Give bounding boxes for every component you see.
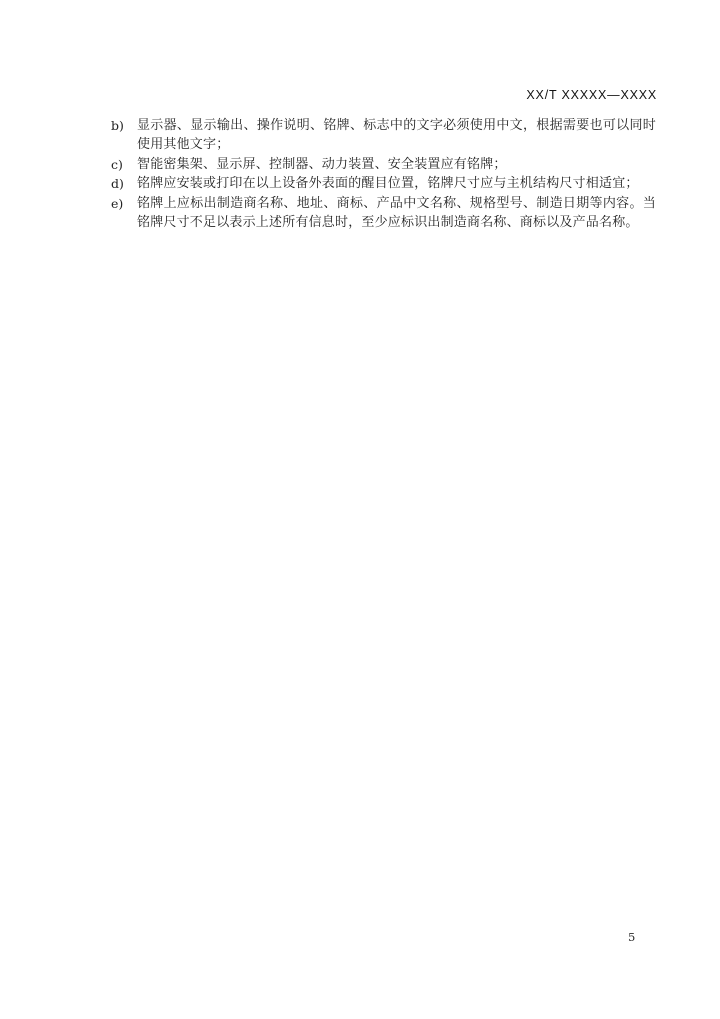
list-item-text: 铭牌应安装或打印在以上设备外表面的醒目位置，铭牌尺寸应与主机结构尺寸相适宜； <box>137 174 656 193</box>
list-item-marker: e) <box>111 194 137 213</box>
list-item: e) 铭牌上应标出制造商名称、地址、商标、产品中文名称、规格型号、制造日期等内容… <box>111 194 656 233</box>
list-item: b) 显示器、显示输出、操作说明、铭牌、标志中的文字必须使用中文，根据需要也可以… <box>111 116 656 155</box>
list-item-text: 铭牌上应标出制造商名称、地址、商标、产品中文名称、规格型号、制造日期等内容。当铭… <box>137 194 656 233</box>
page-number: 5 <box>628 930 635 944</box>
clause-list: b) 显示器、显示输出、操作说明、铭牌、标志中的文字必须使用中文，根据需要也可以… <box>111 116 656 232</box>
standard-number: XX/T XXXXX—XXXX <box>526 88 657 102</box>
list-item-text: 智能密集架、显示屏、控制器、动力装置、安全装置应有铭牌； <box>137 155 656 174</box>
document-page: XX/T XXXXX—XXXX b) 显示器、显示输出、操作说明、铭牌、标志中的… <box>0 0 720 1019</box>
list-item-marker: d) <box>111 174 137 193</box>
list-item-marker: c) <box>111 155 137 174</box>
page-header: XX/T XXXXX—XXXX <box>0 88 657 102</box>
list-item-text: 显示器、显示输出、操作说明、铭牌、标志中的文字必须使用中文，根据需要也可以同时使… <box>137 116 656 155</box>
list-item: d) 铭牌应安装或打印在以上设备外表面的醒目位置，铭牌尺寸应与主机结构尺寸相适宜… <box>111 174 656 193</box>
list-item: c) 智能密集架、显示屏、控制器、动力装置、安全装置应有铭牌； <box>111 155 656 174</box>
list-item-marker: b) <box>111 116 137 135</box>
